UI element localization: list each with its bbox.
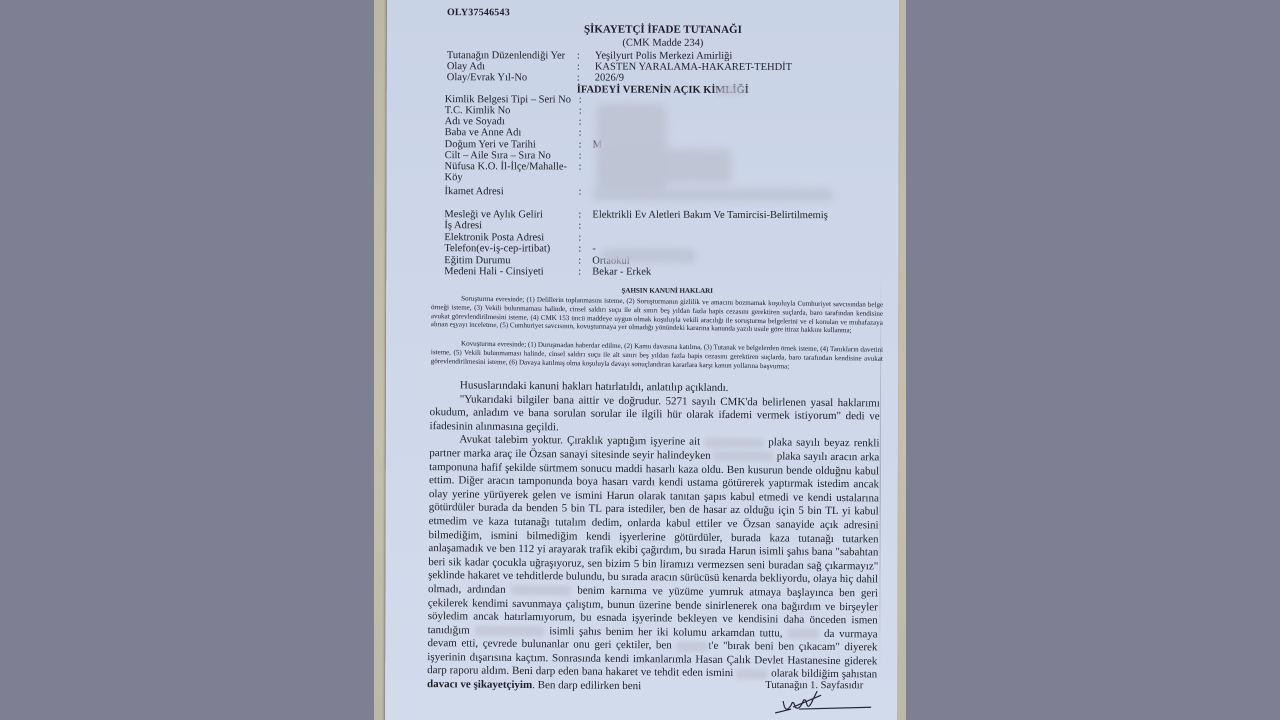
redaction-blur bbox=[736, 669, 768, 679]
document-subtitle: (CMK Madde 234) bbox=[387, 37, 899, 49]
redaction-blur bbox=[602, 149, 732, 183]
redaction-blur bbox=[717, 85, 747, 95]
pencil-mark bbox=[879, 269, 881, 689]
statement-body: Hususlarındaki kanuni hakları hatırlatıl… bbox=[427, 379, 880, 696]
redaction-blur bbox=[511, 585, 571, 596]
redaction-blur bbox=[592, 189, 832, 202]
redaction-blur bbox=[601, 249, 696, 263]
redaction-blur bbox=[787, 629, 819, 639]
statement-paragraph: Avukat talebim yoktur. Çıraklık yaptığım… bbox=[427, 433, 879, 696]
document-code: OLY37546543 bbox=[447, 7, 510, 18]
document-photo: OLY37546543 ŞİKAYETÇİ İFADE TUTANAĞI (CM… bbox=[374, 0, 906, 720]
signature-icon bbox=[773, 687, 873, 717]
redaction-blur bbox=[704, 438, 764, 449]
rights-paragraph: Kovuşturma evresinde; (1) Duruşmadan hab… bbox=[431, 339, 883, 372]
document-page: OLY37546543 ŞİKAYETÇİ İFADE TUTANAĞI (CM… bbox=[385, 0, 899, 720]
redaction-blur bbox=[474, 626, 544, 637]
rights-paragraph: Soruşturma evresinde; (1) Delillerin top… bbox=[431, 294, 883, 336]
document-title: ŞİKAYETÇİ İFADE TUTANAĞI bbox=[387, 23, 899, 36]
redaction-blur bbox=[714, 451, 774, 462]
redaction-blur bbox=[676, 641, 708, 651]
